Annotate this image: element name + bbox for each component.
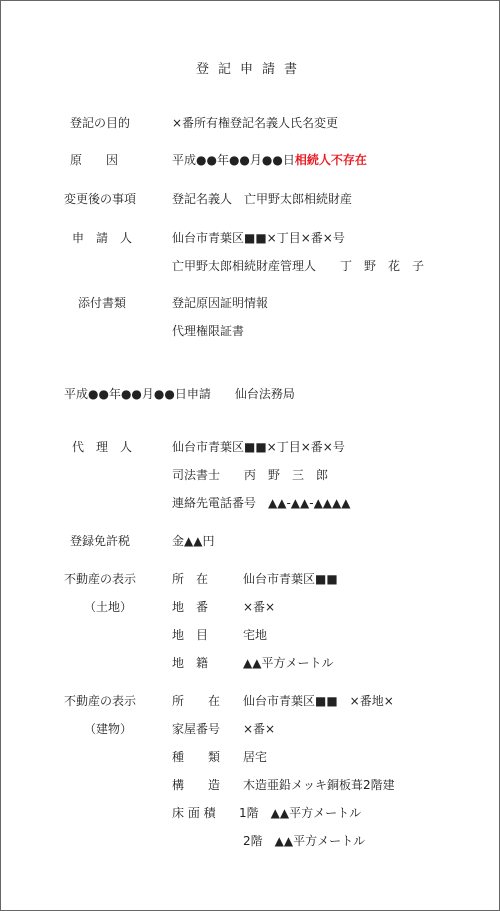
land-value: 宅地 (243, 628, 267, 642)
building-value: 1階 ▲▲平方メートル (239, 806, 361, 820)
building-value: ×番× (243, 722, 275, 736)
building-value: 2階 ▲▲平方メートル (243, 834, 365, 848)
purpose-label: 登記の目的 (70, 116, 130, 130)
applicant-address: 仙台市青葉区■■×丁目×番×号 (172, 231, 345, 245)
land-label: 不動産の表示 (64, 572, 136, 586)
tax-label: 登録免許税 (70, 534, 130, 548)
building-sublabel: （建物） (84, 722, 132, 736)
cause-value: 平成●●年●●月●●日相続人不存在 (172, 153, 367, 167)
land-sublabel: （土地） (84, 600, 132, 614)
building-value: 居宅 (243, 750, 267, 764)
agent-name: 司法書士 丙 野 三 郎 (172, 468, 328, 482)
building-key: 床 面 積 (172, 806, 216, 820)
document-frame (0, 0, 500, 911)
applicant-name: 亡甲野太郎相続財産管理人 丁 野 花 子 (172, 259, 424, 273)
land-value: 仙台市青葉区■■ (243, 572, 338, 586)
agent-label: 代 理 人 (72, 440, 132, 454)
building-key: 家屋番号 (172, 722, 220, 736)
attachments-label: 添付書類 (78, 296, 126, 310)
tax-value: 金▲▲円 (172, 534, 214, 548)
building-key: 種 類 (172, 750, 220, 764)
applicant-label: 申 請 人 (72, 231, 132, 245)
building-label: 不動産の表示 (64, 694, 136, 708)
cause-date: 平成●●年●●月●●日 (172, 153, 295, 167)
building-value: 仙台市青葉区■■ ×番地× (243, 694, 394, 708)
land-key: 地 目 (172, 628, 208, 642)
page-title: 登記申請書 (196, 63, 306, 77)
purpose-value: ×番所有権登記名義人氏名変更 (172, 116, 338, 130)
changed-matter-value: 登記名義人 亡甲野太郎相続財産 (172, 192, 352, 206)
land-key: 地 籍 (172, 656, 208, 670)
agent-address: 仙台市青葉区■■×丁目×番×号 (172, 440, 345, 454)
land-value: ×番× (243, 600, 275, 614)
changed-matter-label: 変更後の事項 (64, 192, 136, 206)
agent-phone: 連絡先電話番号 ▲▲-▲▲-▲▲▲▲ (172, 496, 351, 510)
land-key: 所 在 (172, 572, 208, 586)
land-key: 地 番 (172, 600, 208, 614)
cause-highlight: 相続人不存在 (295, 153, 367, 167)
land-value: ▲▲平方メートル (243, 656, 333, 670)
building-key: 構 造 (172, 778, 220, 792)
building-key: 所 在 (172, 694, 220, 708)
cause-label: 原 因 (70, 153, 118, 167)
application-date: 平成●●年●●月●●日申請 仙台法務局 (64, 387, 295, 401)
attachment-item: 登記原因証明情報 (172, 296, 268, 310)
attachment-item: 代理権限証書 (172, 324, 244, 338)
building-value: 木造亜鉛メッキ銅板葺2階建 (243, 778, 395, 792)
